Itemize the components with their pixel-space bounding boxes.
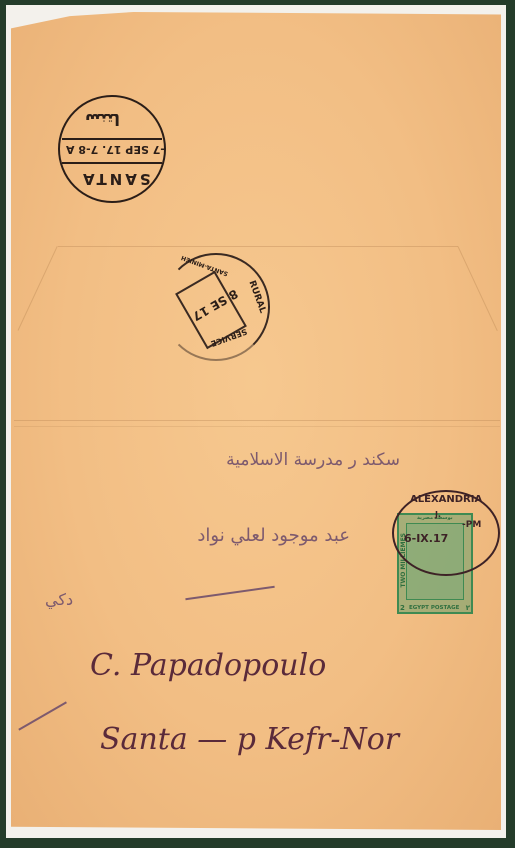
postmark-alexandria-time: -PM <box>462 520 481 530</box>
postmark-alexandria-name: ALEXANDRIA <box>410 494 482 505</box>
postmark-alexandria-date: 6-IX.17 <box>404 532 448 545</box>
postmark-santa-date: -7 SEP 17. 7-8 A <box>66 143 165 156</box>
flap-top-fold <box>58 246 458 247</box>
handwriting-address: Santa — p Kefr-Nor <box>100 722 399 757</box>
handwriting-arabic-left: دكي <box>45 590 73 609</box>
handwriting-arabic-line1: سكند ر مدرسة الاسلامية <box>80 450 400 470</box>
indicium-bottom-text: EGYPT POSTAGE <box>409 605 459 611</box>
postmark-alexandria-sub: J. <box>435 510 441 519</box>
horizontal-fold-2 <box>14 426 500 427</box>
handwriting-addressee: C. Papadopoulo <box>90 648 326 683</box>
handwriting-arabic-line2: عبد موجود لعلي نواد <box>50 525 350 546</box>
indicium-value-right: ٢ <box>466 604 470 612</box>
postmark-santa-name: SANTA <box>80 170 151 188</box>
postmark-santa-arabic: سنتا <box>85 110 120 129</box>
indicium-value-left: 2 <box>400 604 405 612</box>
horizontal-fold <box>14 420 500 421</box>
